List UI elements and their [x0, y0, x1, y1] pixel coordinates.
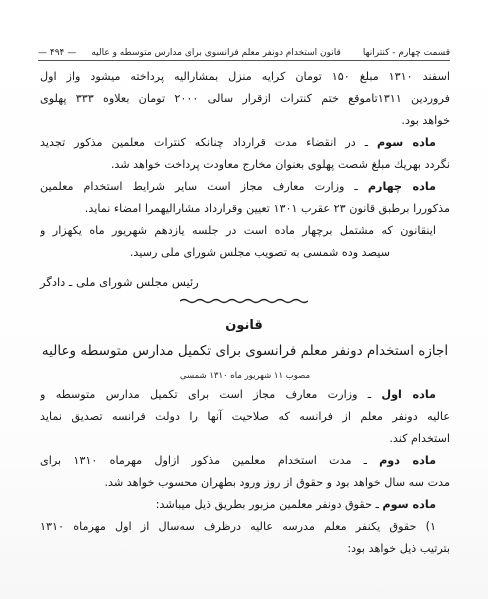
article-label: ماده دوم	[379, 454, 436, 467]
text-line: ماده دوم ـ مدت استخدام معلمین مذکور ازاو…	[40, 450, 450, 472]
article-label: ماده سوم	[382, 498, 436, 511]
law-title: قانون	[0, 318, 488, 333]
text-line: مدت سه سال خواهد بود و حقوق از روز ورود …	[40, 472, 450, 494]
text-line: نگردد بهریك مبلغ شصت پهلوی بعنوان مخارج …	[40, 154, 450, 176]
text-line: ۱) حقوق یکنفر معلم مدرسه عالیه درظرف سه‌…	[40, 516, 450, 538]
header-section: قسمت چهارم - کنترانها	[363, 48, 450, 58]
law-article-1: ماده اول ـ وزارت معارف مجاز است برای تکم…	[40, 384, 450, 451]
text-line: ماده چهارم ـ وزارت معارف مجاز است سایر ش…	[40, 176, 450, 198]
article-label: ماده سوم	[377, 136, 436, 149]
law-article-2: ماده دوم ـ مدت استخدام معلمین مذکور ازاو…	[40, 450, 450, 494]
list-item-1: ۱) حقوق یکنفر معلم مدرسه عالیه درظرف سه‌…	[40, 516, 450, 560]
text-line: فروردین ۱۳۱۱تاموقع ختم کنترات ازقرار سال…	[40, 88, 450, 110]
law-article-3: ماده سوم ـ حقوق دونفر معلمین مزبور بطریق…	[40, 494, 450, 516]
document-page: قسمت چهارم - کنترانها قانون استخدام دونف…	[0, 0, 488, 599]
article-3: ماده سوم ـ در انقضاء مدت قرارداد چنانکه …	[40, 132, 450, 176]
text-line: استخدام کند.	[40, 428, 450, 450]
text-line: اینقانون که مشتمل برچهار ماده است در جلس…	[40, 220, 450, 242]
wavy-divider	[180, 298, 308, 304]
signature: رئیس مجلس شورای ملی ـ دادگر	[40, 275, 320, 289]
text-line: ماده سوم ـ حقوق دونفر معلمین مزبور بطریق…	[40, 494, 450, 516]
text-line: ماده اول ـ وزارت معارف مجاز است برای تکم…	[40, 384, 450, 406]
text-line: ماده سوم ـ در انقضاء مدت قرارداد چنانکه …	[40, 132, 450, 154]
top-paragraph: اسفند ۱۳۱۰ مبلغ ۱۵۰ تومان کرایه منزل بمش…	[40, 66, 450, 133]
text-line: اسفند ۱۳۱۰ مبلغ ۱۵۰ تومان کرایه منزل بمش…	[40, 66, 450, 88]
text-line: خواهد بود.	[40, 110, 450, 132]
text-line: بترتیب ذیل خواهد بود:	[40, 538, 450, 560]
article-4: ماده چهارم ـ وزارت معارف مجاز است سایر ش…	[40, 176, 450, 220]
article-label: ماده چهارم	[368, 180, 436, 193]
text-line: عالیه دونفر معلم از فرانسه که صلاحیت آنه…	[40, 406, 450, 428]
law-subtitle: اجازه استخدام دونفر معلم فرانسوی برای تک…	[40, 343, 450, 359]
text-line: سیصد وده شمسی به تصویب مجلس شورای ملی رس…	[40, 242, 450, 264]
page-number: — ۴۹۴ —	[38, 48, 76, 58]
header-title: قانون استخدام دونفر معلم فرانسوی برای مد…	[91, 48, 341, 58]
approval-date: مصوب ۱۱ شهریور ماه ۱۳۱۰ شمسی	[40, 371, 450, 381]
closing-paragraph: اینقانون که مشتمل برچهار ماده است در جلس…	[40, 220, 450, 264]
running-header: قسمت چهارم - کنترانها قانون استخدام دونف…	[38, 42, 450, 61]
text-line: مذکوررا برطبق قانون ۲۳ عقرب ۱۳۰۱ تعیین و…	[40, 198, 450, 220]
article-label: ماده اول	[381, 388, 436, 401]
